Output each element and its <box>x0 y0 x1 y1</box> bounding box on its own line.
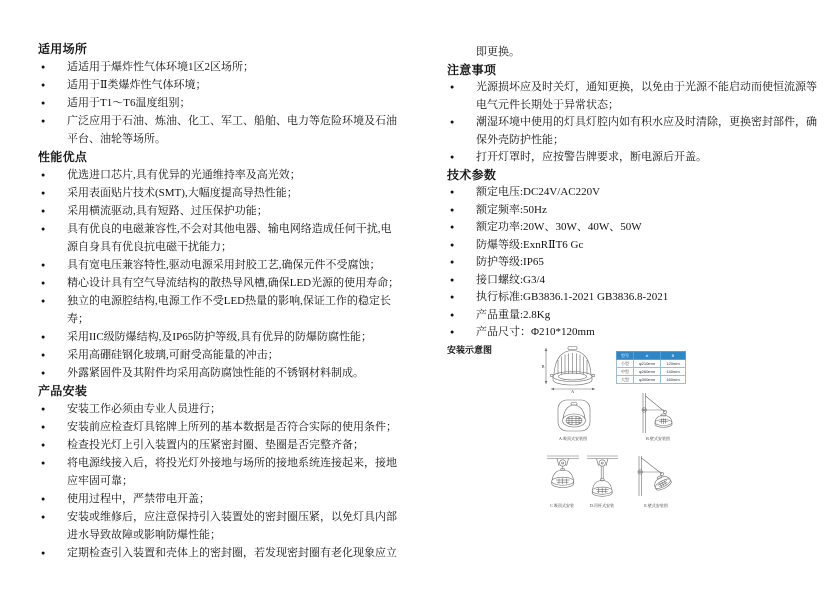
item-text: 广泛应用于石油、炼油、化工、军工、船舶、电力等危险环境及石油平台、油轮等场所。 <box>67 112 401 148</box>
item-text: 外露紧固件及其附件均采用高防腐蚀性能的不锈钢材料制成。 <box>67 364 364 382</box>
item-text: 采用横流驱动,具有短路、过压保护功能； <box>67 202 268 220</box>
bullet-icon: ● <box>41 508 45 526</box>
bullet-list: ●安装工作必须由专业人员进行；●安装前应检查灯具铭牌上所列的基本数据是否符合实际… <box>38 400 418 562</box>
dim-label-a: A <box>571 389 575 393</box>
table-row: 中型 φ260mm 140mm <box>617 368 686 376</box>
section-heading: 性能优点 <box>38 148 418 166</box>
bullet-item: ●适用于Ⅱ类爆炸性气体环境； <box>38 76 418 94</box>
bullet-icon: ● <box>41 328 45 346</box>
continuation-text: 即更换。 <box>447 44 825 62</box>
bullet-item: ●安装工作必须由专业人员进行； <box>38 400 418 418</box>
bullet-item: ●光源损坏应及时关灯，通知更换，以免由于光源不能启动而使恒流源等电气元件长期处于… <box>447 79 825 114</box>
table-cell: 140mm <box>661 368 686 376</box>
bullet-icon: ● <box>450 149 454 167</box>
item-text: 打开灯罩时，应按警告牌要求，断电源后开盖。 <box>476 149 707 167</box>
bullet-icon: ● <box>41 76 45 94</box>
bullet-icon: ● <box>450 202 454 220</box>
bullet-item: ●适适用于爆炸性气体环境1区2区场所； <box>38 58 418 76</box>
figure-caption: C.吸顶式安装 <box>550 503 574 508</box>
bullet-item: ●具有优良的电磁兼容性,不会对其他电器、输电网络造成任何干扰,电源自身具有优良抗… <box>38 220 418 256</box>
bullet-list: ●适适用于爆炸性气体环境1区2区场所；●适用于Ⅱ类爆炸性气体环境；●适用于T1～… <box>38 58 418 148</box>
installation-diagram-section: 安装示意图 <box>447 343 826 543</box>
bullet-icon: ● <box>450 307 454 325</box>
bullet-icon: ● <box>450 289 454 307</box>
item-text: 光源损坏应及时关灯，通知更换，以免由于光源不能启动而使恒流源等电气元件长期处于异… <box>476 79 822 114</box>
item-text: 安装前应检查灯具铭牌上所列的基本数据是否符合实际的使用条件； <box>67 418 397 436</box>
bullet-icon: ● <box>41 400 45 418</box>
item-text: 产品重量:2.8Kg <box>476 307 550 325</box>
table-cell: φ260mm <box>634 368 661 376</box>
item-text: 独立的电源腔结构,电源工作不受LED热量的影响,保证工作的稳定长寿； <box>67 292 401 328</box>
bullet-list: ●光源损坏应及时关灯，通知更换，以免由于光源不能启动而使恒流源等电气元件长期处于… <box>447 79 825 167</box>
section-heading: 注意事项 <box>447 62 825 80</box>
spec-item: ●产品尺寸：Φ210*120mm <box>447 324 825 342</box>
section-applicable-places: 适用场所 ●适适用于爆炸性气体环境1区2区场所；●适用于Ⅱ类爆炸性气体环境；●适… <box>38 40 418 148</box>
spec-item: ●接口螺纹:G3/4 <box>447 272 825 290</box>
bullet-icon: ● <box>41 436 45 454</box>
figure-caption: D.吊杆式安装 <box>590 503 614 508</box>
item-text: 安装或维修后，应注意保持引入装置处的密封圈压紧，以免灯具内部进水导致故障或影响防… <box>67 508 401 544</box>
spec-item: ●防护等级:IP65 <box>447 254 825 272</box>
spec-item: ●执行标准:GB3836.1-2021 GB3836.8-2021 <box>447 289 825 307</box>
table-cell: φ210mm <box>634 360 661 368</box>
size-table-header: A <box>634 352 661 360</box>
bullet-item: ●检查投光灯上引入装置内的压紧密封圈、垫圈是否完整齐备； <box>38 436 418 454</box>
rod-pendant-figure <box>587 453 618 501</box>
spec-list: ●额定电压:DC24V/AC220V●额定频率:50Hz●额定功率:20W、30… <box>447 184 825 342</box>
bullet-icon: ● <box>41 166 45 184</box>
bullet-icon: ● <box>41 220 45 238</box>
bullet-item: ●适用于T1～T6温度组别； <box>38 94 418 112</box>
bullet-item: ●优选进口芯片,具有优异的光通维持率及高光效； <box>38 166 418 184</box>
table-row: 小型 φ210mm 120mm <box>617 360 686 368</box>
bullet-item: ●独立的电源腔结构,电源工作不受LED热量的影响,保证工作的稳定长寿； <box>38 292 418 328</box>
bullet-icon: ● <box>450 237 454 255</box>
item-text: 适适用于爆炸性气体环境1区2区场所； <box>67 58 254 76</box>
bullet-item: ●安装或维修后，应注意保持引入装置处的密封圈压紧，以免灯具内部进水导致故障或影响… <box>38 508 418 544</box>
item-text: 执行标准:GB3836.1-2021 GB3836.8-2021 <box>476 289 668 307</box>
section-precautions: 注意事项 ●光源损坏应及时关灯，通知更换，以免由于光源不能启动而使恒流源等电气元… <box>447 62 825 167</box>
figure-caption: A.吸顶式安装图 <box>559 436 587 441</box>
item-text: 适用于Ⅱ类爆炸性气体环境； <box>67 76 206 94</box>
section-performance: 性能优点 ●优选进口芯片,具有优异的光通维持率及高光效；●采用表面贴片技术(SM… <box>38 148 418 382</box>
size-table-header: B <box>661 352 686 360</box>
wall-mount-tilted-figure <box>635 454 675 501</box>
table-cell: 120mm <box>661 360 686 368</box>
bullet-icon: ● <box>450 219 454 237</box>
bullet-item: ●采用高硼硅钢化玻璃,可耐受高能量的冲击； <box>38 346 418 364</box>
bullet-item: ●采用表面贴片技术(SMT),大幅度提高导热性能； <box>38 184 418 202</box>
bullet-icon: ● <box>450 79 454 97</box>
bullet-item: ●精心设计具有空气导流结构的散热导风槽,确保LED光源的使用寿命； <box>38 274 418 292</box>
section-tech-specs: 技术参数 ●额定电压:DC24V/AC220V●额定频率:50Hz●额定功率:2… <box>447 167 825 342</box>
item-text: 精心设计具有空气导流结构的散热导风槽,确保LED光源的使用寿命； <box>67 274 399 292</box>
bullet-item: ●定期检查引入装置和壳体上的密封圈，若发现密封圈有老化现象应立 <box>38 544 418 562</box>
table-cell: 中型 <box>617 368 634 376</box>
bullet-item: ●采用横流驱动,具有短路、过压保护功能； <box>38 202 418 220</box>
item-text: 接口螺纹:G3/4 <box>476 272 545 290</box>
spec-item: ●产品重量:2.8Kg <box>447 307 825 325</box>
item-text: 防护等级:IP65 <box>476 254 544 272</box>
table-cell: 大型 <box>617 376 634 384</box>
left-column: 适用场所 ●适适用于爆炸性气体环境1区2区场所；●适用于Ⅱ类爆炸性气体环境；●适… <box>38 40 418 562</box>
bullet-icon: ● <box>450 254 454 272</box>
item-text: 潮湿环境中使用的灯具灯腔内如有积水应及时清除，更换密封部件，确保外壳防护性能； <box>476 114 822 149</box>
bullet-icon: ● <box>41 418 45 436</box>
bullet-item: ●具有宽电压兼容特性,驱动电源采用封胶工艺,确保元件不受腐蚀； <box>38 256 418 274</box>
item-text: 安装工作必须由专业人员进行； <box>67 400 221 418</box>
bullet-icon: ● <box>41 454 45 472</box>
item-text: 将电源线接入后，将投光灯外接地与场所的接地系统连接起来，接地应牢固可靠； <box>67 454 401 490</box>
size-table: 型号 A B 小型 φ210mm 120mm 中型 φ260mm 140mm 大… <box>616 351 686 384</box>
item-text: 优选进口芯片,具有优异的光通维持率及高光效； <box>67 166 301 184</box>
bullet-item: ●使用过程中，严禁带电开盖； <box>38 490 418 508</box>
item-text: 使用过程中，严禁带电开盖； <box>67 490 210 508</box>
item-text: 采用高硼硅钢化玻璃,可耐受高能量的冲击； <box>67 346 279 364</box>
bullet-icon: ● <box>450 114 454 132</box>
manual-page: 适用场所 ●适适用于爆炸性气体环境1区2区场所；●适用于Ⅱ类爆炸性气体环境；●适… <box>0 0 826 596</box>
ceiling-mount-figure <box>547 453 579 501</box>
table-row: 大型 φ300mm 160mm <box>617 376 686 384</box>
bullet-list: ●优选进口芯片,具有优异的光通维持率及高光效；●采用表面贴片技术(SMT),大幅… <box>38 166 418 382</box>
bullet-icon: ● <box>450 272 454 290</box>
spec-item: ●额定电压:DC24V/AC220V <box>447 184 825 202</box>
bullet-icon: ● <box>41 490 45 508</box>
item-text: 具有优良的电磁兼容性,不会对其他电器、输电网络造成任何干扰,电源自身具有优良抗电… <box>67 220 401 256</box>
right-column: 即更换。 注意事项 ●光源损坏应及时关灯，通知更换，以免由于光源不能启动而使恒流… <box>447 44 825 342</box>
dim-label-b: B <box>542 364 545 369</box>
item-text: 具有宽电压兼容特性,驱动电源采用封胶工艺,确保元件不受腐蚀； <box>67 256 381 274</box>
bullet-icon: ● <box>450 184 454 202</box>
wall-mount-figure <box>639 391 673 435</box>
bullet-icon: ● <box>41 364 45 382</box>
bullet-icon: ● <box>41 544 45 562</box>
item-text: 额定频率:50Hz <box>476 202 547 220</box>
bullet-icon: ● <box>41 274 45 292</box>
lamp-profile-drawing: B A <box>541 344 601 393</box>
bullet-icon: ● <box>41 184 45 202</box>
item-text: 采用IIC级防爆结构,及IP65防护等级,具有优异的防爆防腐性能； <box>67 328 372 346</box>
bullet-icon: ● <box>41 256 45 274</box>
item-text: 采用表面贴片技术(SMT),大幅度提高导热性能； <box>67 184 298 202</box>
item-text: 检查投光灯上引入装置内的压紧密封圈、垫圈是否完整齐备； <box>67 436 364 454</box>
section-installation: 产品安装 ●安装工作必须由专业人员进行；●安装前应检查灯具铭牌上所列的基本数据是… <box>38 382 418 562</box>
table-cell: φ300mm <box>634 376 661 384</box>
section-heading: 适用场所 <box>38 40 418 58</box>
bullet-item: ●广泛应用于石油、炼油、化工、军工、船舶、电力等危险环境及石油平台、油轮等场所。 <box>38 112 418 148</box>
bullet-icon: ● <box>41 58 45 76</box>
size-table-header: 型号 <box>617 352 634 360</box>
diagram-heading: 安装示意图 <box>447 343 492 356</box>
bullet-icon: ● <box>41 94 45 112</box>
section-heading: 技术参数 <box>447 167 825 185</box>
item-text: 定期检查引入装置和壳体上的密封圈，若发现密封圈有老化现象应立 <box>67 544 397 562</box>
size-table-header-row: 型号 A B <box>617 352 686 360</box>
lamp-front-view-figure <box>557 399 591 433</box>
item-text: 产品尺寸：Φ210*120mm <box>476 324 595 342</box>
bullet-icon: ● <box>41 112 45 130</box>
bullet-item: ●采用IIC级防爆结构,及IP65防护等级,具有优异的防爆防腐性能； <box>38 328 418 346</box>
bullet-icon: ● <box>41 292 45 310</box>
spec-item: ●额定频率:50Hz <box>447 202 825 220</box>
bullet-icon: ● <box>41 202 45 220</box>
item-text: 防爆等级:ExnRⅡT6 Gc <box>476 237 583 255</box>
spec-item: ●额定功率:20W、30W、40W、50W <box>447 219 825 237</box>
bullet-icon: ● <box>450 324 454 342</box>
item-text: 适用于T1～T6温度组别； <box>67 94 190 112</box>
item-text: 额定功率:20W、30W、40W、50W <box>476 219 642 237</box>
spec-item: ●防爆等级:ExnRⅡT6 Gc <box>447 237 825 255</box>
bullet-item: ●外露紧固件及其附件均采用高防腐蚀性能的不锈钢材料制成。 <box>38 364 418 382</box>
table-cell: 160mm <box>661 376 686 384</box>
bullet-item: ●安装前应检查灯具铭牌上所列的基本数据是否符合实际的使用条件； <box>38 418 418 436</box>
bullet-item: ●将电源线接入后，将投光灯外接地与场所的接地系统连接起来，接地应牢固可靠； <box>38 454 418 490</box>
item-text: 额定电压:DC24V/AC220V <box>476 184 600 202</box>
bullet-icon: ● <box>41 346 45 364</box>
section-heading: 产品安装 <box>38 382 418 400</box>
figure-caption: B.壁式安装图 <box>646 436 670 441</box>
bullet-item: ●潮湿环境中使用的灯具灯腔内如有积水应及时清除，更换密封部件，确保外壳防护性能； <box>447 114 825 149</box>
bullet-item: ●打开灯罩时，应按警告牌要求，断电源后开盖。 <box>447 149 825 167</box>
figure-caption: E.壁式安装图 <box>644 503 667 508</box>
table-cell: 小型 <box>617 360 634 368</box>
